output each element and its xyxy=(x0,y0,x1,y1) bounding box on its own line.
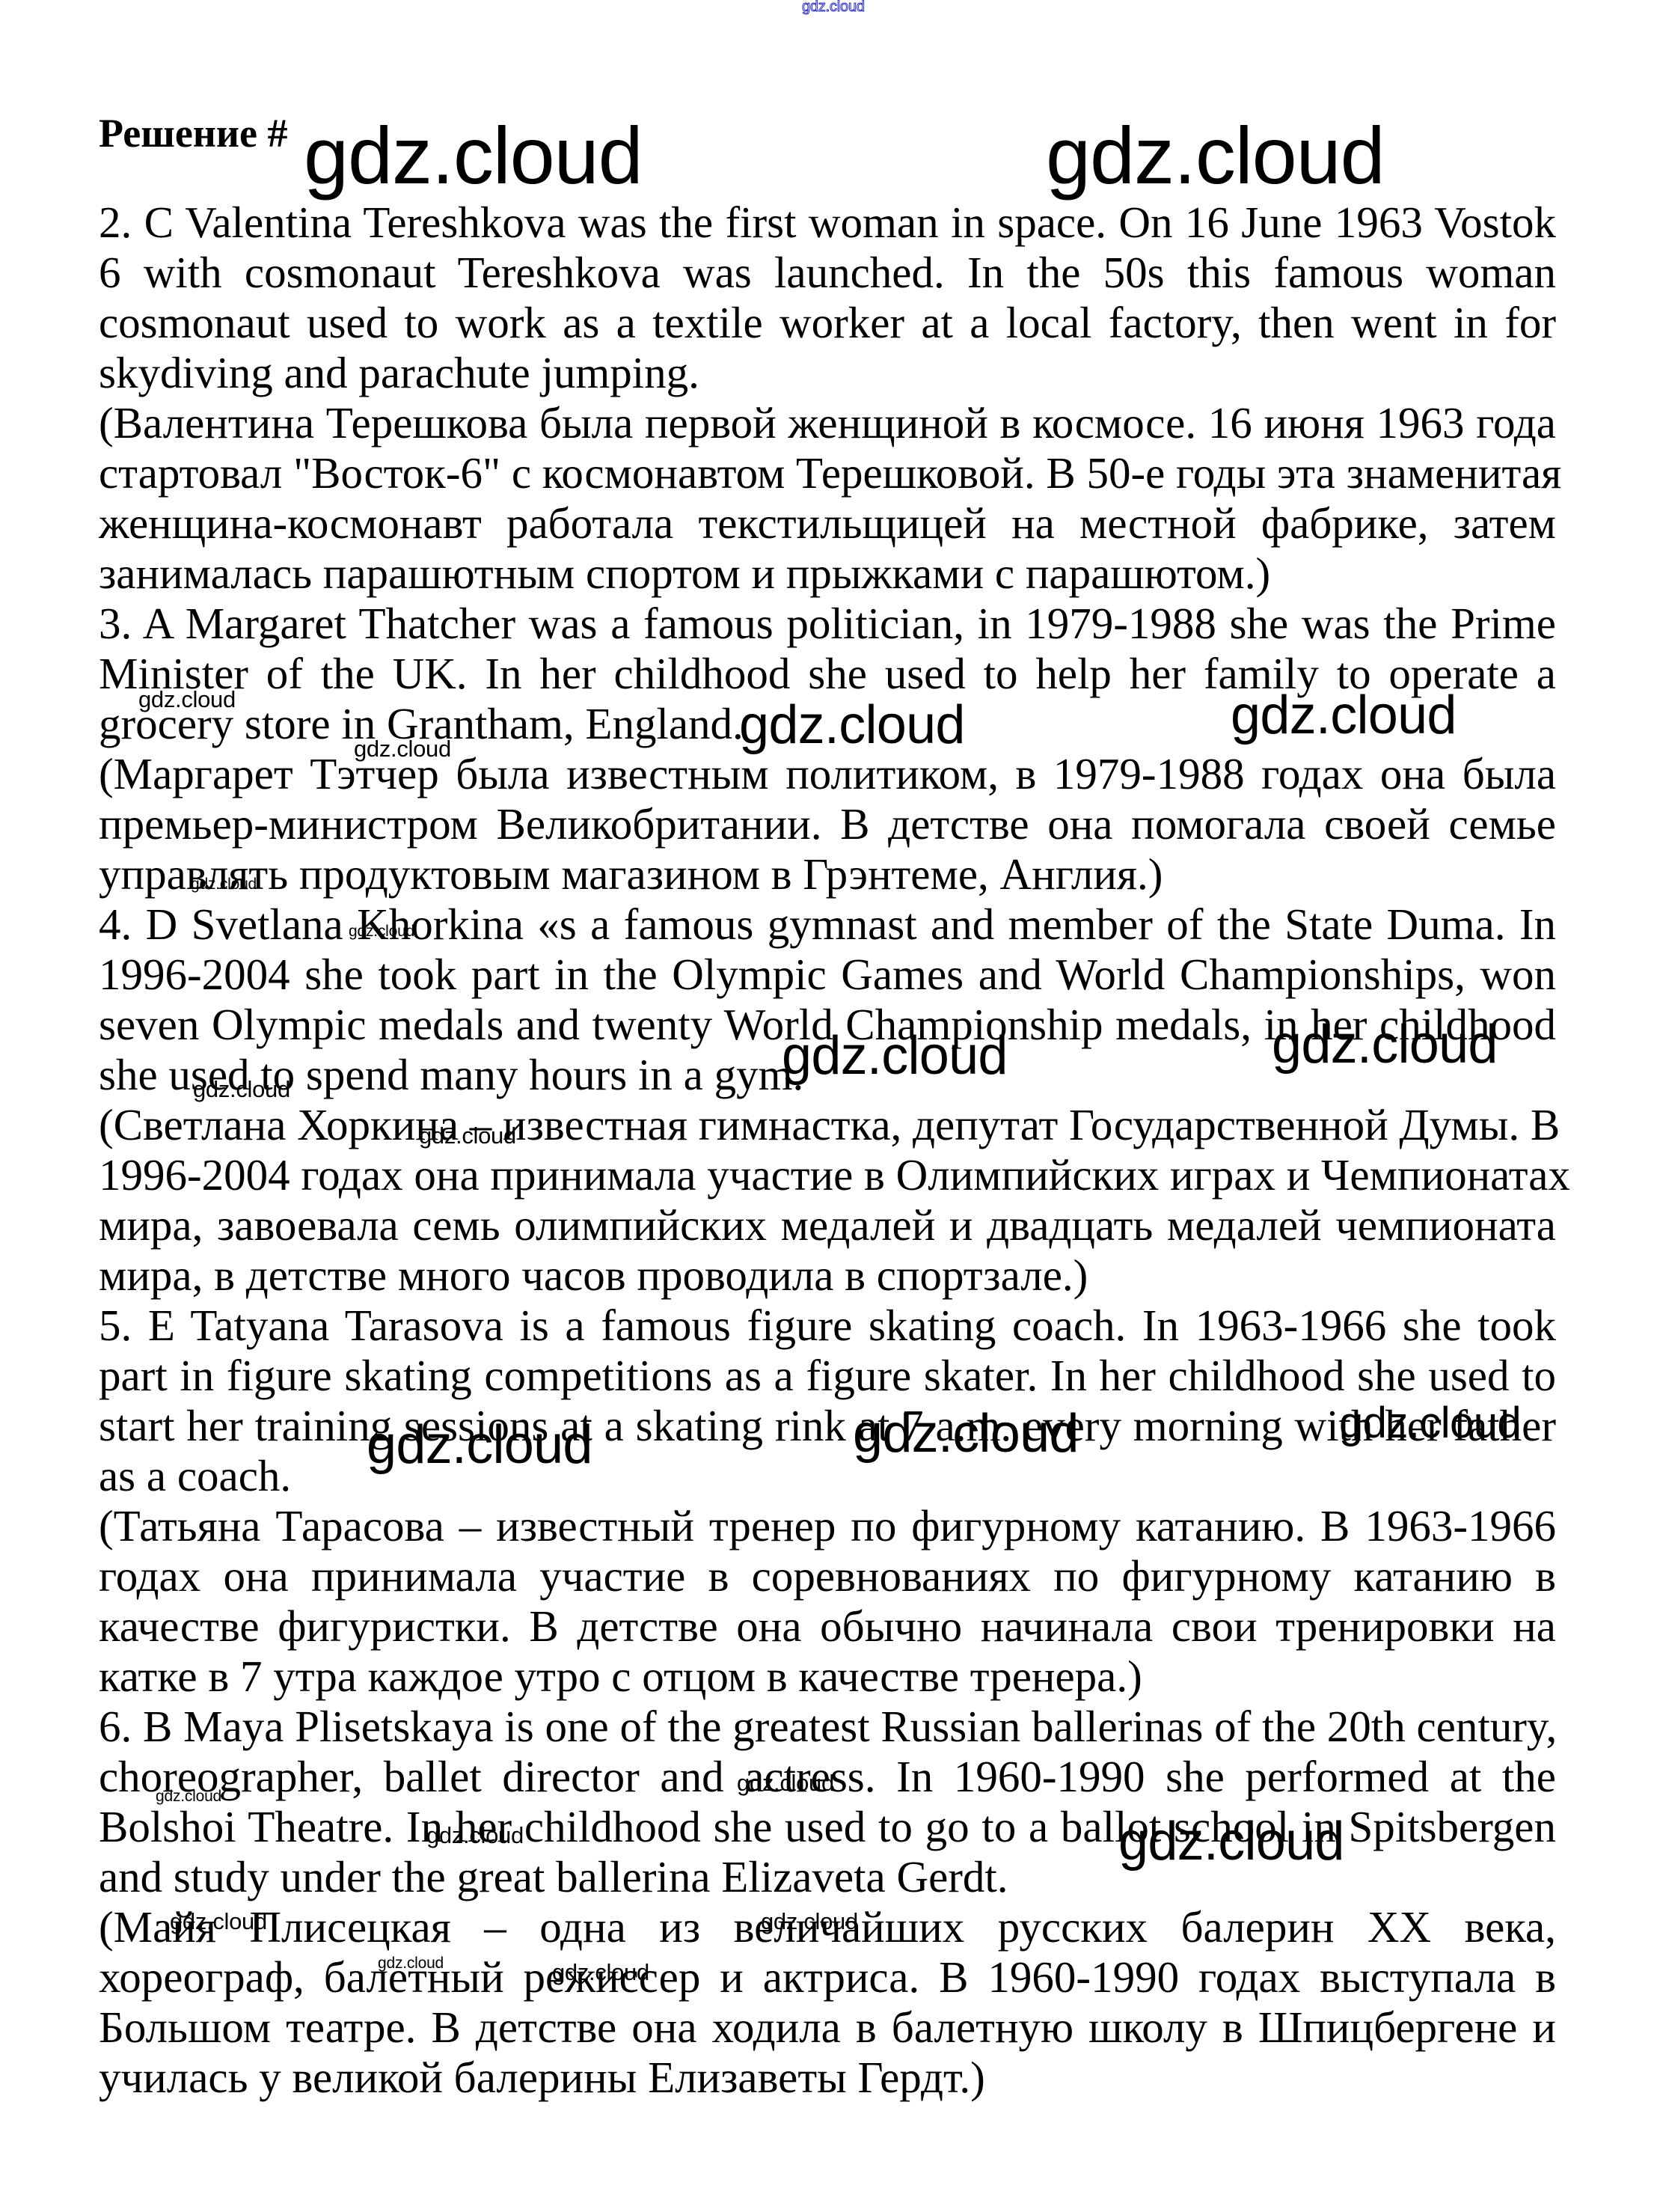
watermark: gdz.cloud xyxy=(1118,1815,1344,1869)
russian-translation: (Татьяна Тарасова – известный тренер по … xyxy=(99,1501,1556,1702)
text-line: женщина-космонавт работала текстильщицей… xyxy=(99,498,1556,549)
watermark: gdz.cloud xyxy=(170,1910,267,1933)
english-text: 2. C Valentina Tereshkova was the first … xyxy=(99,198,1556,398)
text-line: хореограф, балетный режиссер и актриса. … xyxy=(99,1952,1556,2002)
watermark: gdz.cloud xyxy=(1339,1402,1521,1445)
watermark: gdz.cloud xyxy=(761,1910,858,1933)
watermark: gdz.cloud xyxy=(191,876,257,892)
text-line: катке в 7 утра каждое утро с отцом в кач… xyxy=(99,1652,1556,1702)
russian-translation: (Светлана Хоркина – известная гимнастка,… xyxy=(99,1100,1556,1301)
watermark: gdz.cloud xyxy=(1231,688,1457,742)
text-line: мира, в детстве много часов проводила в … xyxy=(99,1250,1556,1301)
text-line: занималась парашютным спортом и прыжками… xyxy=(99,549,1556,599)
watermark: gdz.cloud xyxy=(552,1961,649,1984)
text-line: (Татьяна Тарасова – известный тренер по … xyxy=(99,1501,1556,1551)
answer-paragraph-5: 5. E Tatyana Tarasova is a famous figure… xyxy=(99,1301,1556,1702)
text-line: стартовал "Восток-6" с космонавтом Тереш… xyxy=(99,448,1556,498)
text-line: start her training sessions at a skating… xyxy=(99,1401,1556,1451)
text-line: 1996-2004 she took part in the Olympic G… xyxy=(99,950,1556,1000)
watermark: gdz.cloud xyxy=(156,1788,221,1804)
text-line: cosmonaut used to work as a textile work… xyxy=(99,298,1556,348)
text-line: 2. C Valentina Tereshkova was the first … xyxy=(99,198,1556,248)
text-line: 6. B Maya Plisetskaya is one of the grea… xyxy=(99,1702,1556,1752)
text-line: (Светлана Хоркина – известная гимнастка,… xyxy=(99,1100,1556,1150)
page-title: Решение # xyxy=(99,109,288,158)
text-line: управлять продуктовым магазином в Грэнте… xyxy=(99,849,1556,899)
watermark: gdz.cloud xyxy=(419,1124,516,1147)
english-text: 6. B Maya Plisetskaya is one of the grea… xyxy=(99,1702,1556,1902)
watermark: gdz.cloud xyxy=(367,1418,592,1472)
text-line: Большом театре. В детстве она ходила в б… xyxy=(99,2002,1556,2053)
text-line: 3. A Margaret Thatcher was a famous poli… xyxy=(99,599,1556,649)
answer-paragraph-4: 4. D Svetlana Khorkina «s a famous gymna… xyxy=(99,899,1556,1301)
text-line: part in figure skating competitions as a… xyxy=(99,1351,1556,1401)
text-line: годах она принимала участие в соревнован… xyxy=(99,1551,1556,1601)
english-text: 5. E Tatyana Tarasova is a famous figure… xyxy=(99,1301,1556,1501)
text-line: as a coach. xyxy=(99,1451,1556,1501)
watermark: gdz.cloud xyxy=(1046,115,1385,196)
text-line: 5. E Tatyana Tarasova is a famous figure… xyxy=(99,1301,1556,1351)
text-line: училась у великой балерины Елизаветы Гер… xyxy=(99,2053,1556,2103)
watermark: gdz.cloud xyxy=(782,1029,1008,1083)
watermark: gdz.cloud xyxy=(426,1824,524,1847)
text-line: премьер-министром Великобритании. В детс… xyxy=(99,799,1556,849)
text-line: мира, завоевала семь олимпийских медалей… xyxy=(99,1200,1556,1250)
answer-paragraph-2: 2. C Valentina Tereshkova was the first … xyxy=(99,198,1556,599)
watermark: gdz.cloud xyxy=(193,1078,290,1101)
watermark: gdz.cloud xyxy=(739,698,965,752)
watermark: gdz.cloud xyxy=(138,688,236,711)
text-line: качестве фигуристки. В детстве она обычн… xyxy=(99,1601,1556,1652)
text-line: (Валентина Терешкова была первой женщино… xyxy=(99,398,1556,448)
answer-paragraph-6: 6. B Maya Plisetskaya is one of the grea… xyxy=(99,1702,1556,2103)
watermark: gdz.cloud xyxy=(349,923,414,939)
russian-translation: (Маргарет Тэтчер была известным политико… xyxy=(99,749,1556,899)
russian-translation: (Валентина Терешкова была первой женщино… xyxy=(99,398,1556,599)
watermark: gdz.cloud xyxy=(304,115,643,196)
text-line: (Маргарет Тэтчер была известным политико… xyxy=(99,749,1556,799)
text-line: 1996-2004 годах она принимала участие в … xyxy=(99,1150,1556,1200)
watermark: gdz.cloud xyxy=(737,1771,834,1794)
text-line: 4. D Svetlana Khorkina «s a famous gymna… xyxy=(99,899,1556,950)
watermark: gdz.cloud xyxy=(853,1407,1079,1461)
watermark: gdz.cloud xyxy=(378,1955,444,1971)
watermark: gdz.cloud xyxy=(354,737,451,760)
document-page: gdz.cloud Решение # 2. C Valentina Teres… xyxy=(0,0,1660,2212)
top-watermark: gdz.cloud xyxy=(802,0,865,14)
text-line: 6 with cosmonaut Tereshkova was launched… xyxy=(99,248,1556,298)
text-line: skydiving and parachute jumping. xyxy=(99,348,1556,398)
watermark: gdz.cloud xyxy=(1272,1018,1498,1072)
